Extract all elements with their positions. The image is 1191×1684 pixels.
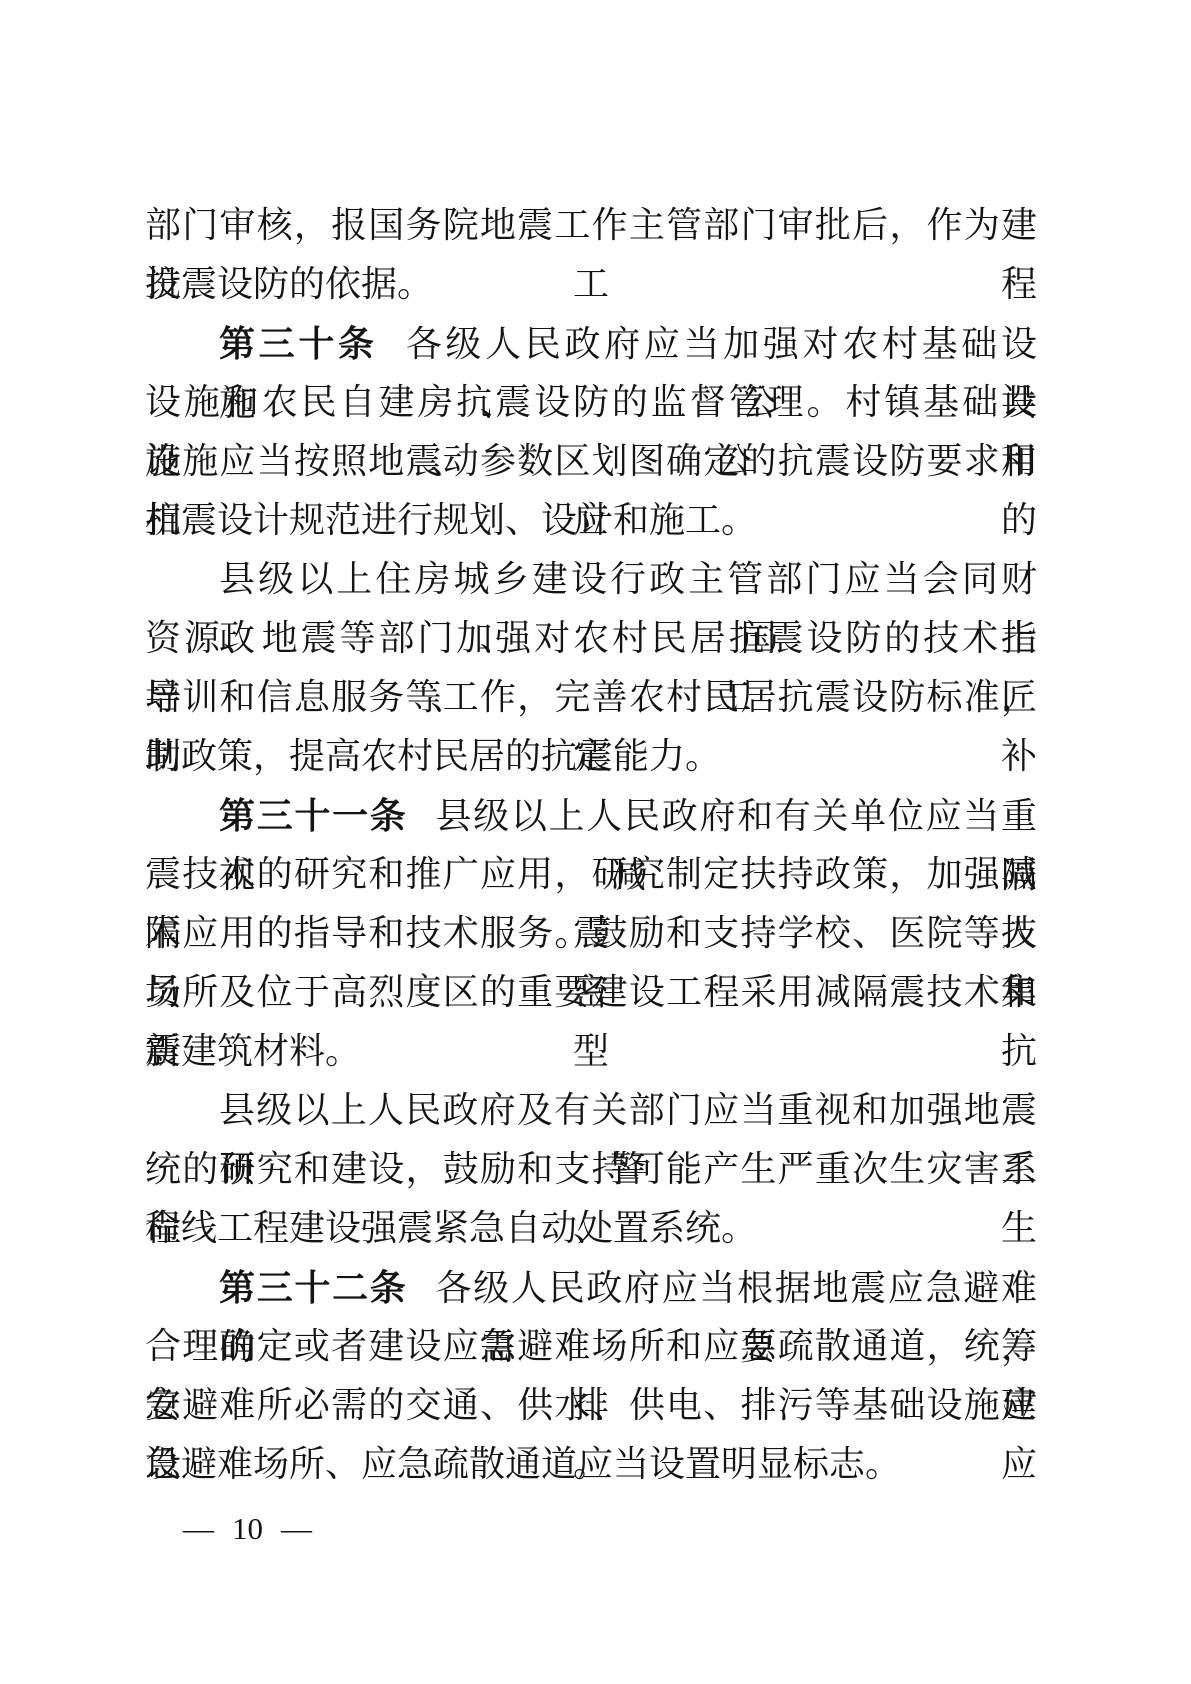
line-text: 抗震设计规范进行规划、设计和施工。 xyxy=(145,500,757,540)
text-line: 资源、地震等部门加强对农村民居抗震设防的技术指导、工匠 xyxy=(145,609,1037,668)
line-text: 助政策，提高农村民居的抗震能力。 xyxy=(145,736,721,776)
text-line: 县级以上住房城乡建设行政主管部门应当会同财政、国土 xyxy=(145,550,1037,609)
text-line: 县级以上人民政府及有关部门应当重视和加强地震预警系 xyxy=(145,1081,1037,1140)
text-line: 设施应当按照地震动参数区划图确定的抗震设防要求和相应的 xyxy=(145,432,1037,491)
line-text: 抗震设防的依据。 xyxy=(145,264,433,304)
text-line: 培训和信息服务等工作，完善农村民居抗震设防标准，制定补 xyxy=(145,668,1037,727)
text-line: 震技术的研究和推广应用，研究制定扶持政策，加强减隔震技 xyxy=(145,845,1037,904)
footer-dash-right: — xyxy=(281,1511,312,1546)
page-number: 10 xyxy=(232,1511,263,1546)
document-body: 部门审核，报国务院地震工作主管部门审批后，作为建设工程抗震设防的依据。第三十条各… xyxy=(145,196,1037,1494)
text-line: 部门审核，报国务院地震工作主管部门审批后，作为建设工程 xyxy=(145,196,1037,255)
article-number: 第三十二条 xyxy=(219,1267,408,1308)
text-line: 合理确定或者建设应急避难场所和应急疏散通道，统筹安排应 xyxy=(145,1317,1037,1376)
text-line: 第三十一条县级以上人民政府和有关单位应当重视减隔 xyxy=(145,786,1037,845)
footer-dash-left: — xyxy=(183,1511,214,1546)
article-number: 第三十条 xyxy=(219,323,378,364)
text-line: 急避难所必需的交通、供水、供电、排污等基础设施建设。应 xyxy=(145,1376,1037,1435)
text-line: 设施和农民自建房抗震设防的监督管理。村镇基础设施、公用 xyxy=(145,373,1037,432)
text-line: 第三十二条各级人民政府应当根据地震应急避难的需要， xyxy=(145,1258,1037,1317)
text-line: 统的研究和建设，鼓励和支持可能产生严重次生灾害工程、生 xyxy=(145,1140,1037,1199)
text-line: 第三十条各级人民政府应当加强对农村基础设施、公共 xyxy=(145,314,1037,373)
line-text: 震建筑材料。 xyxy=(145,1031,361,1071)
document-page: 部门审核，报国务院地震工作主管部门审批后，作为建设工程抗震设防的依据。第三十条各… xyxy=(0,0,1191,1684)
text-line: 场所及位于高烈度区的重要建设工程采用减隔震技术和新型抗 xyxy=(145,963,1037,1022)
article-number: 第三十一条 xyxy=(219,795,408,836)
text-line: 术应用的指导和技术服务。鼓励和支持学校、医院等人员密集 xyxy=(145,904,1037,963)
line-text: 命线工程建设强震紧急自动处置系统。 xyxy=(145,1208,757,1248)
line-text: 急避难场所、应急疏散通道应当设置明显标志。 xyxy=(145,1444,901,1484)
page-footer: —10— xyxy=(183,1504,312,1554)
